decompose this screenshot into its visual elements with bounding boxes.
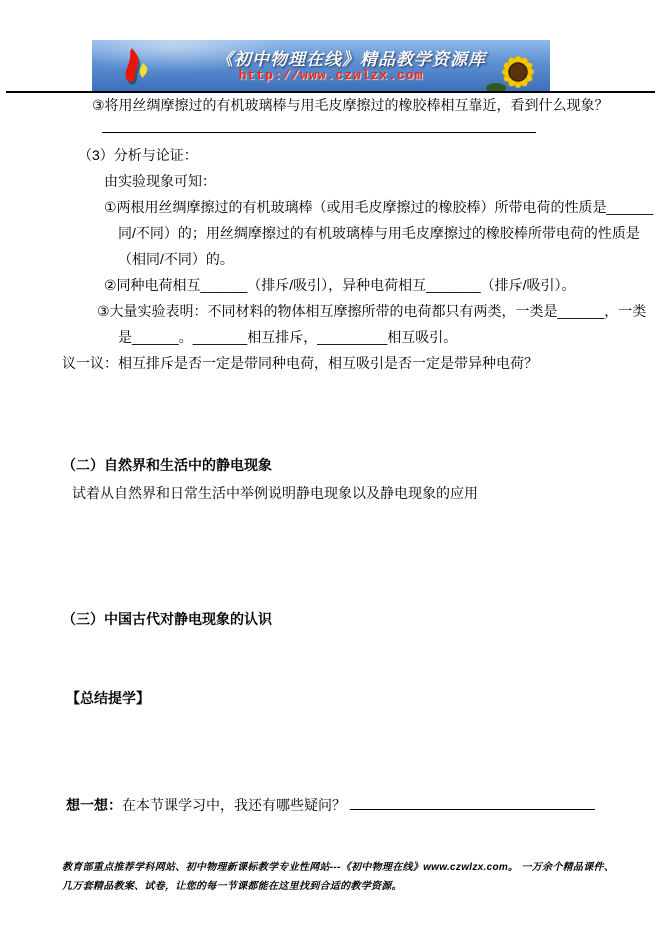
flame-logo-icon xyxy=(116,43,162,91)
footer-line2: 几万套精品教案、试卷，让您的每一节课都能在这里找到合适的教学资源。 xyxy=(62,877,402,892)
think-label: 想一想： xyxy=(66,797,122,813)
section3-title: （三）中国古代对静电现象的认识 xyxy=(62,611,272,628)
analysis-heading: （3）分析与论证： xyxy=(78,147,198,164)
site-banner: 《初中物理在线》精品教学资源库 http://www.czwlzx.com xyxy=(92,40,550,91)
analysis-item1-line3: （相同/不同）的。 xyxy=(118,251,234,268)
step3-question: ③将用丝绸摩擦过的有机玻璃棒与用毛皮摩擦过的橡胶棒相互靠近，看到什么现象？ xyxy=(92,97,609,114)
section2-body: 试着从自然界和日常生活中举例说明静电现象以及静电现象的应用 xyxy=(72,485,478,502)
summary-title: 【总结提学】 xyxy=(66,690,150,707)
document-page: 《初中物理在线》精品教学资源库 http://www.czwlzx.com xyxy=(0,0,661,936)
think-blank-line xyxy=(350,797,595,810)
discuss-prompt: 议一议：相互排斥是否一定是带同种电荷，相互吸引是否一定是带异种电荷？ xyxy=(62,355,538,372)
analysis-item1-line2: 同/不同）的；用丝绸摩擦过的有机玻璃棒与用毛皮摩擦过的橡胶棒所带电荷的性质是 xyxy=(118,225,640,242)
footer-line1: 教育部重点推荐学科网站、初中物理新课标教学专业性网站---《初中物理在线》www… xyxy=(62,858,614,873)
think-question: 在本节课学习中，我还有哪些疑问？ xyxy=(122,797,346,813)
banner-url: http://www.czwlzx.com xyxy=(152,68,510,83)
sunflower-icon xyxy=(484,46,546,91)
analysis-item3-line2: 是______。_______相互排斥，_________相互吸引。 xyxy=(118,329,457,346)
header-divider xyxy=(6,91,655,93)
analysis-intro: 由实验现象可知： xyxy=(104,173,216,190)
analysis-item2: ②同种电荷相互______（排斥/吸引），异种电荷相互_______（排斥/吸引… xyxy=(104,277,576,294)
section2-title: （二）自然界和生活中的静电现象 xyxy=(62,457,272,474)
answer-blank-line xyxy=(102,132,536,133)
analysis-item1-line1: ①两根用丝绸摩擦过的有机玻璃棒（或用毛皮摩擦过的橡胶棒）所带电荷的性质是____… xyxy=(104,199,661,216)
think-line: 想一想：在本节课学习中，我还有哪些疑问？ xyxy=(66,797,595,814)
analysis-item3-line1: ③大量实验表明：不同材料的物体相互摩擦所带的电荷都只有两类，一类是______，… xyxy=(97,303,646,320)
